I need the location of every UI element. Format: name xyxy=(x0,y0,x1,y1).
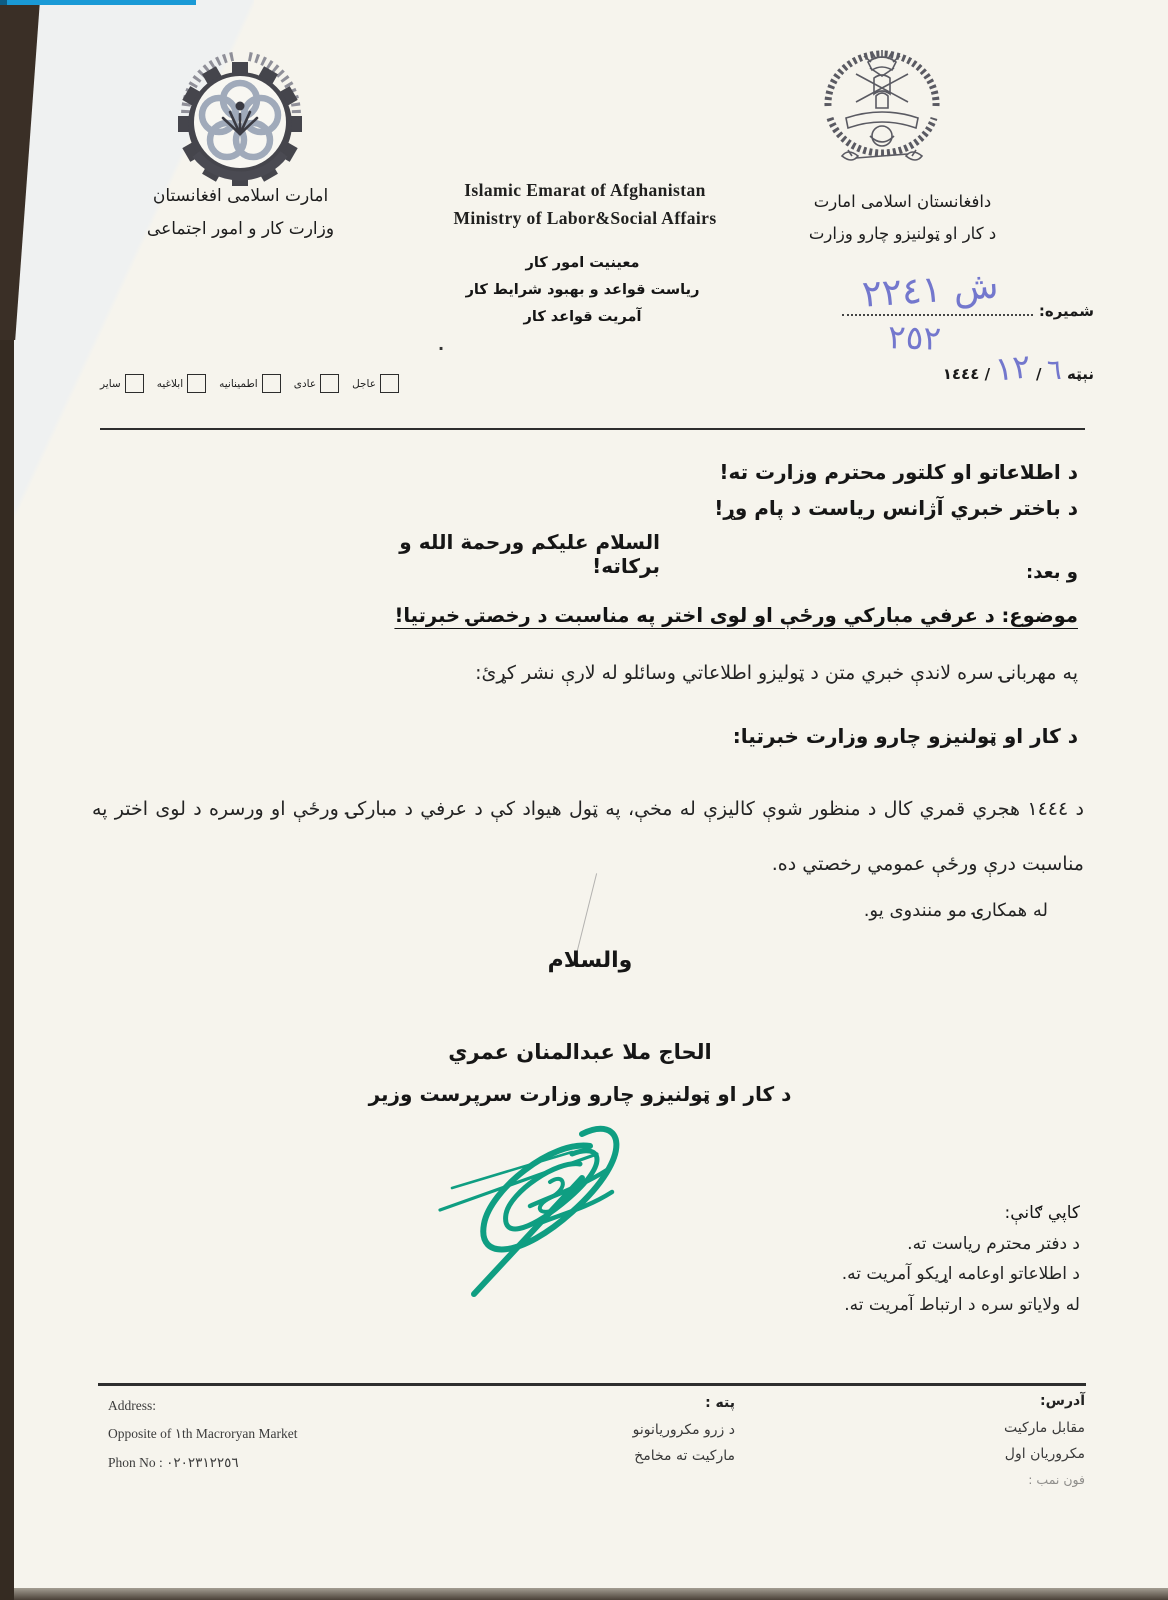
copies-block: کاپي ګانې: د دفتر محترم ریاست ته. د اطلا… xyxy=(745,1198,1080,1320)
closing-salutation: والسلام xyxy=(515,948,665,973)
handwritten-month: ١٢ xyxy=(993,346,1032,388)
priority-item-assurance: اطمینانیه xyxy=(219,374,281,393)
normal-checkbox xyxy=(320,374,339,393)
priority-label: سایر xyxy=(100,378,121,390)
date-line: نېټه ٦ / ١٢ / ١٤٤٤ xyxy=(842,348,1094,387)
ministry-name-en: Ministry of Labor&Social Affairs xyxy=(415,204,755,232)
address-value-en: Opposite of ١th Macroryan Market xyxy=(108,1420,438,1448)
address-label-en: Address: xyxy=(108,1392,438,1420)
copy-recipient: له ولایاتو سره د ارتباط آمریت ته. xyxy=(745,1290,1080,1321)
directorate-line: ریاست قواعد و بهبود شرایط کار xyxy=(430,277,735,304)
priority-item-notification: ابلاغیه xyxy=(157,374,206,393)
request-line: په مهربانۍ سره لاندې خبري متن د ټولیزو ا… xyxy=(200,662,1078,684)
signer-name: الحاج ملا عبدالمنان عمري xyxy=(420,1040,740,1064)
priority-label: ابلاغیه xyxy=(157,378,183,390)
scan-bottom-shadow xyxy=(14,1588,1168,1600)
priority-checkbox-row: عاجل عادی اطمینانیه ابلاغیه سایر xyxy=(100,374,399,393)
copy-recipient: د دفتر محترم ریاست ته. xyxy=(745,1229,1080,1260)
urgent-checkbox xyxy=(380,374,399,393)
address-line1-ps: د زرو مکروریانونو xyxy=(470,1417,735,1444)
handwritten-day: ٦ xyxy=(1047,353,1062,386)
address-line2-dr: مکروریان اول xyxy=(920,1441,1085,1468)
priority-label: عادی xyxy=(294,378,316,390)
scanned-letter-page: { "scan": { "paper_color": "#f6f4ed", "s… xyxy=(0,0,1168,1600)
reference-number-line: شمیره: xyxy=(842,300,1094,320)
header-center-english: Islamic Emarat of Afghanistan Ministry o… xyxy=(415,176,755,232)
notice-paragraph: د ١٤٤٤ هجري قمري کال د منظور شوې کالیزې … xyxy=(92,782,1084,892)
footer-pashto-address: پته : د زرو مکروریانونو مارکیت ته مخامخ xyxy=(470,1390,735,1470)
minister-signature xyxy=(422,1112,662,1302)
ministry-name-fa: وزارت کار و امور اجتماعی xyxy=(118,213,363,246)
office-line: آمریت قواعد کار xyxy=(430,304,735,331)
wa-bad-line: و بعد: xyxy=(900,562,1078,583)
emirate-name-en: Islamic Emarat of Afghanistan xyxy=(415,176,755,204)
phone-value-en: ٠٢٠٢٣١٢٢٥٦ xyxy=(166,1455,239,1470)
deputy-ministry-line: معینیت امور کار xyxy=(430,250,735,277)
ministry-name-ps: د کار او ټولنیزو چارو وزارت xyxy=(785,218,1020,250)
phone-label-en: Phon No : xyxy=(108,1455,163,1470)
notice-heading: د کار او ټولنیزو چارو وزارت خبرتیا: xyxy=(500,724,1078,748)
phone-line-en: Phon No : ٠٢٠٢٣١٢٢٥٦ xyxy=(108,1449,438,1477)
header-center-departments: معینیت امور کار ریاست قواعد و بهبود شرای… xyxy=(430,250,735,360)
priority-item-urgent: عاجل xyxy=(352,374,399,393)
address-label-ps: پته : xyxy=(470,1390,735,1417)
addressee-line2: د باختر خبري آژانس ریاست د پام وړ! xyxy=(300,496,1078,520)
subject-line: موضوع: د عرفي مبارکي ورځې او لوی اختر په… xyxy=(300,604,1078,627)
header-left-text: امارت اسلامی افغانستان وزارت کار و امور … xyxy=(118,180,363,246)
address-label-dr: آدرس: xyxy=(920,1388,1085,1415)
scan-top-bar-artifact xyxy=(0,0,196,5)
address-line2-ps: مارکیت ته مخامخ xyxy=(470,1443,735,1470)
priority-item-normal: عادی xyxy=(294,374,339,393)
greeting-line: السلام علیکم ورحمة الله و برکاته! xyxy=(330,530,660,578)
date-slash: / xyxy=(985,365,990,383)
header-right-text: دافغانستان اسلامی امارت د کار او ټولنیزو… xyxy=(785,186,1020,250)
notification-checkbox xyxy=(187,374,206,393)
footer-dari-address: آدرس: مقابل مارکیت مکروریان اول فون نمب … xyxy=(920,1388,1085,1492)
footer-divider xyxy=(98,1383,1086,1386)
phone-label-dr: فون نمب : xyxy=(920,1468,1085,1492)
priority-label: اطمینانیه xyxy=(219,378,258,390)
copies-title: کاپي ګانې: xyxy=(745,1198,1080,1229)
dotted-line xyxy=(842,300,1033,316)
priority-label: عاجل xyxy=(352,378,376,390)
thanks-line: له همکارۍ مو منندوی یو. xyxy=(598,900,1048,921)
assurance-checkbox xyxy=(262,374,281,393)
stray-dot: . xyxy=(430,330,735,360)
islamic-emirate-national-emblem xyxy=(812,44,952,174)
addressee-line1: د اطلاعاتو او کلتور محترم وزارت ته! xyxy=(300,460,1078,484)
emirate-name-ps: دافغانستان اسلامی امارت xyxy=(785,186,1020,218)
header-divider xyxy=(100,428,1085,430)
footer-english: Address: Opposite of ١th Macroryan Marke… xyxy=(108,1392,438,1477)
scan-top-bar-dark xyxy=(0,0,7,5)
printed-year: ١٤٤٤ xyxy=(943,365,980,383)
ministry-of-labor-logo xyxy=(158,42,323,194)
date-label: نېټه xyxy=(1067,365,1094,383)
emirate-name-fa: امارت اسلامی افغانستان xyxy=(118,180,363,213)
address-line1-dr: مقابل مارکیت xyxy=(920,1415,1085,1442)
other-checkbox xyxy=(125,374,144,393)
reference-number-label: شمیره: xyxy=(1039,302,1094,320)
priority-item-other: سایر xyxy=(100,374,144,393)
date-slash: / xyxy=(1036,365,1041,383)
copy-recipient: د اطلاعاتو اوعامه اړیکو آمریت ته. xyxy=(745,1259,1080,1290)
signer-title: د کار او ټولنیزو چارو وزارت سرپرست وزیر xyxy=(365,1082,795,1106)
